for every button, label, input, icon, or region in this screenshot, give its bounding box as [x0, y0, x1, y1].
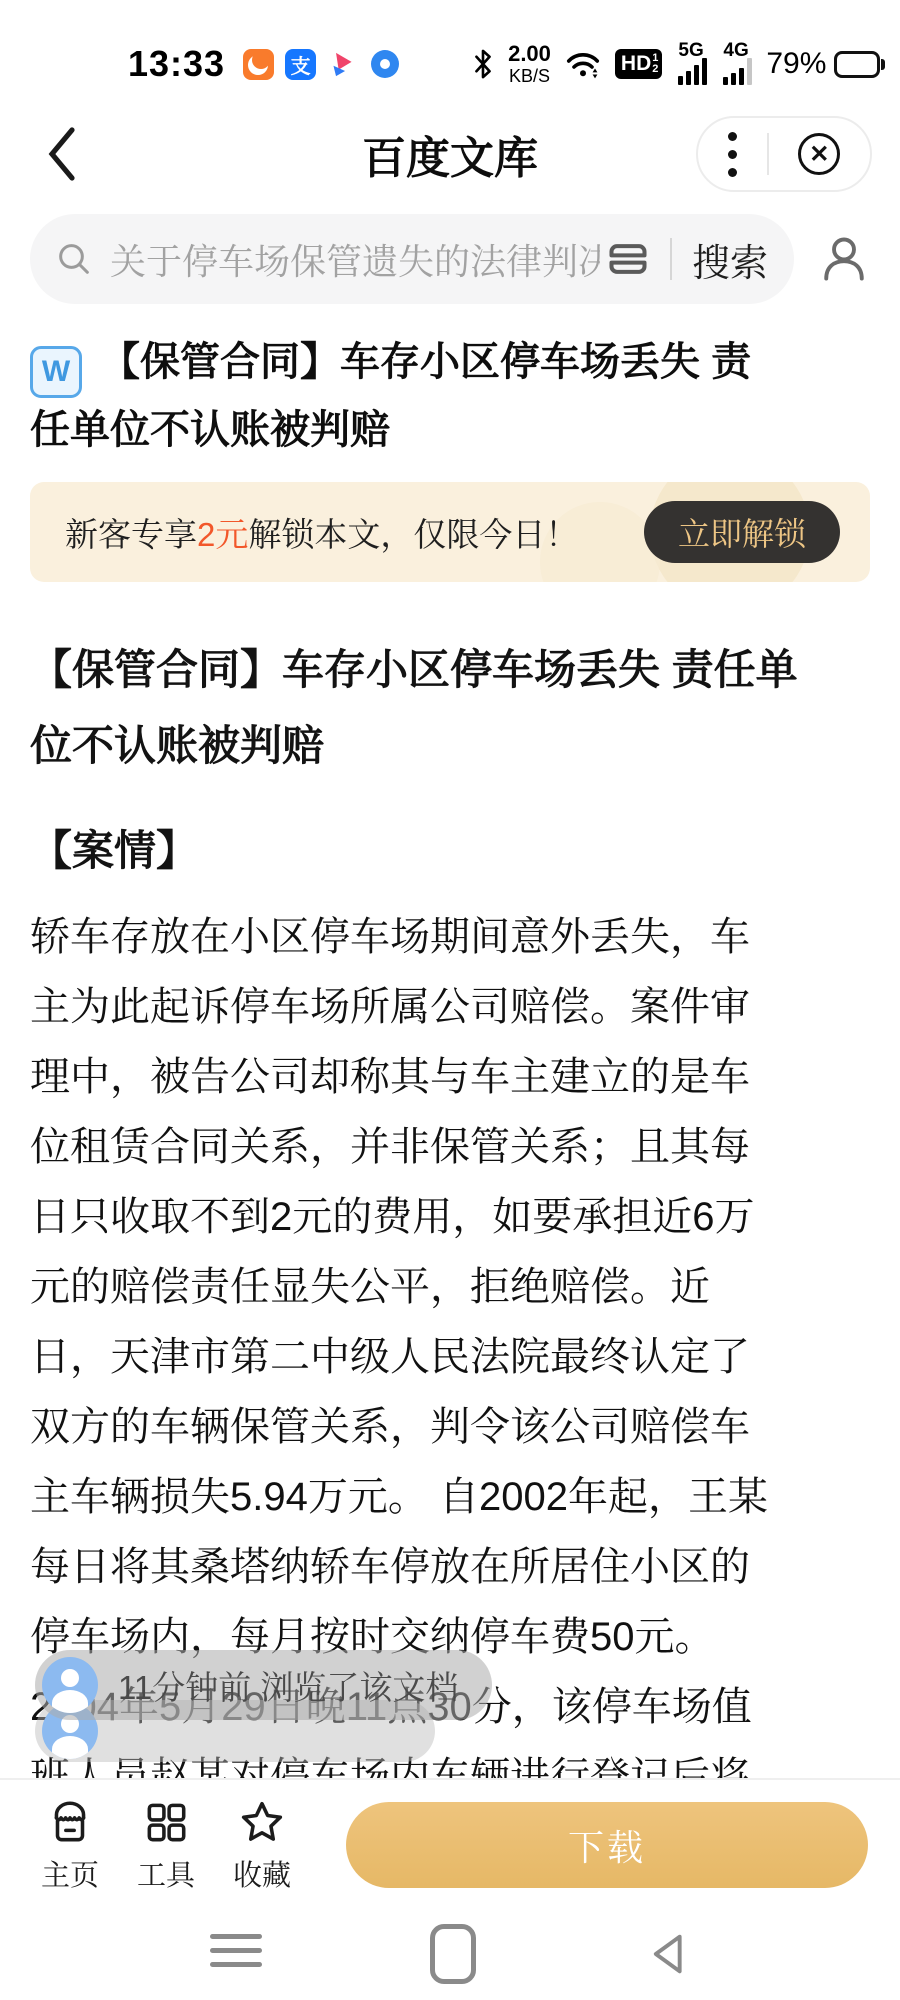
baidu-wenku-page: 13:33 支 2.00 KB/S HD: [0, 0, 900, 2000]
promo-price: 2元: [197, 516, 248, 553]
text-line: 位租赁合同关系，并非保管关系；且其每: [30, 1112, 870, 1182]
text-line: 理中，被告公司却称其与车主建立的是车: [30, 1042, 870, 1112]
bluetooth-icon: [472, 48, 494, 80]
wifi-icon: [565, 49, 601, 79]
text-line: 双方的车辆保管关系，判令该公司赔偿车: [30, 1392, 870, 1462]
word-doc-icon: W: [30, 346, 82, 398]
signal-5g-icon: 5G: [678, 44, 707, 85]
home-icon: [45, 1797, 95, 1847]
view-history-toast: 11分钟前 浏览了该文档: [35, 1650, 492, 1720]
tools-grid-icon: [141, 1797, 191, 1847]
doc-title-line: W【保管合同】车存小区停车场丢失 责: [30, 330, 870, 398]
user-icon[interactable]: [818, 233, 870, 285]
bottom-action-bar: 主页 工具 收藏 下载: [0, 1778, 900, 1910]
alipay-icon: 支: [285, 49, 316, 80]
tools-tab[interactable]: 工具: [118, 1797, 214, 1894]
status-bar: 13:33 支 2.00 KB/S HD: [0, 0, 900, 100]
clock: 13:33: [128, 43, 225, 85]
media-app-icon: [327, 49, 358, 80]
close-icon[interactable]: ✕: [798, 133, 840, 175]
search-placeholder: 关于停车场保管遗失的法律判决: [110, 234, 600, 285]
search-button[interactable]: 搜索: [692, 232, 768, 287]
text-line: 每日将其桑塔纳轿车停放在所居住小区的: [30, 1532, 870, 1602]
uc-browser-icon: [243, 49, 274, 80]
text-line: 元的赔偿责任显失公平，拒绝赔偿。近: [30, 1252, 870, 1322]
nav-bar: 百度文库 ✕: [0, 100, 900, 208]
text-line: 轿车存放在小区停车场期间意外丢失，车: [30, 902, 870, 972]
menu-icon[interactable]: [210, 1934, 262, 1967]
text-line: 主为此起诉停车场所属公司赔偿。案件审: [30, 972, 870, 1042]
back-triangle-icon[interactable]: [645, 1928, 697, 1985]
section-heading: 【案情】: [30, 816, 870, 886]
notification-app-icons: 支: [243, 49, 400, 80]
favorite-tab[interactable]: 收藏: [214, 1797, 310, 1894]
back-icon[interactable]: [44, 126, 80, 182]
search-row: 关于停车场保管遗失的法律判决 搜索: [0, 208, 900, 304]
promo-banner: 新客专享2元解锁本文，仅限今日！ 立即解锁: [30, 482, 870, 582]
tools-label: 工具: [137, 1853, 195, 1894]
circle-app-icon: [369, 49, 400, 80]
text-line: 日只收取不到2元的费用，如要承担近6万: [30, 1182, 870, 1252]
favorite-label: 收藏: [233, 1853, 291, 1894]
android-gesture-bar: [0, 1910, 900, 2000]
scan-search-icon[interactable]: [606, 237, 650, 281]
promo-text: 新客专享2元解锁本文，仅限今日！: [65, 509, 578, 556]
network-speed: 2.00 KB/S: [508, 43, 551, 85]
toast-message: 11分钟前 浏览了该文档: [118, 1662, 458, 1709]
battery-icon: [834, 51, 885, 78]
search-icon: [54, 239, 94, 279]
signal-4g-icon: 4G: [723, 44, 752, 85]
text-line: 主车辆损失5.94万元。 自2002年起，王某: [30, 1462, 870, 1532]
doc-header-title: W【保管合同】车存小区停车场丢失 责 任单位不认账被判赔: [0, 304, 900, 462]
document-heading: 【保管合同】车存小区停车场丢失 责任单 位不认账被判赔: [30, 632, 870, 784]
more-menu-icon[interactable]: [728, 132, 737, 177]
battery-percent: 79%: [766, 47, 826, 81]
doc-title-line: 任单位不认账被判赔: [30, 398, 870, 462]
home-tab[interactable]: 主页: [22, 1797, 118, 1894]
home-label: 主页: [41, 1853, 99, 1894]
text-line: 日，天津市第二中级人民法院最终认定了: [30, 1322, 870, 1392]
home-pill-icon[interactable]: [430, 1924, 476, 1984]
miniprogram-capsule: ✕: [696, 116, 872, 192]
search-divider: [670, 238, 672, 280]
unlock-now-button[interactable]: 立即解锁: [644, 501, 840, 563]
search-input[interactable]: 关于停车场保管遗失的法律判决 搜索: [30, 214, 794, 304]
volte-hd-icon: HD 12: [615, 49, 662, 79]
capsule-divider: [767, 133, 769, 175]
star-icon: [237, 1797, 287, 1847]
document-content: 【保管合同】车存小区停车场丢失 责任单 位不认账被判赔 【案情】 轿车存放在小区…: [0, 632, 900, 1812]
toast-avatar-icon: [42, 1657, 98, 1713]
download-button[interactable]: 下载: [346, 1802, 868, 1888]
